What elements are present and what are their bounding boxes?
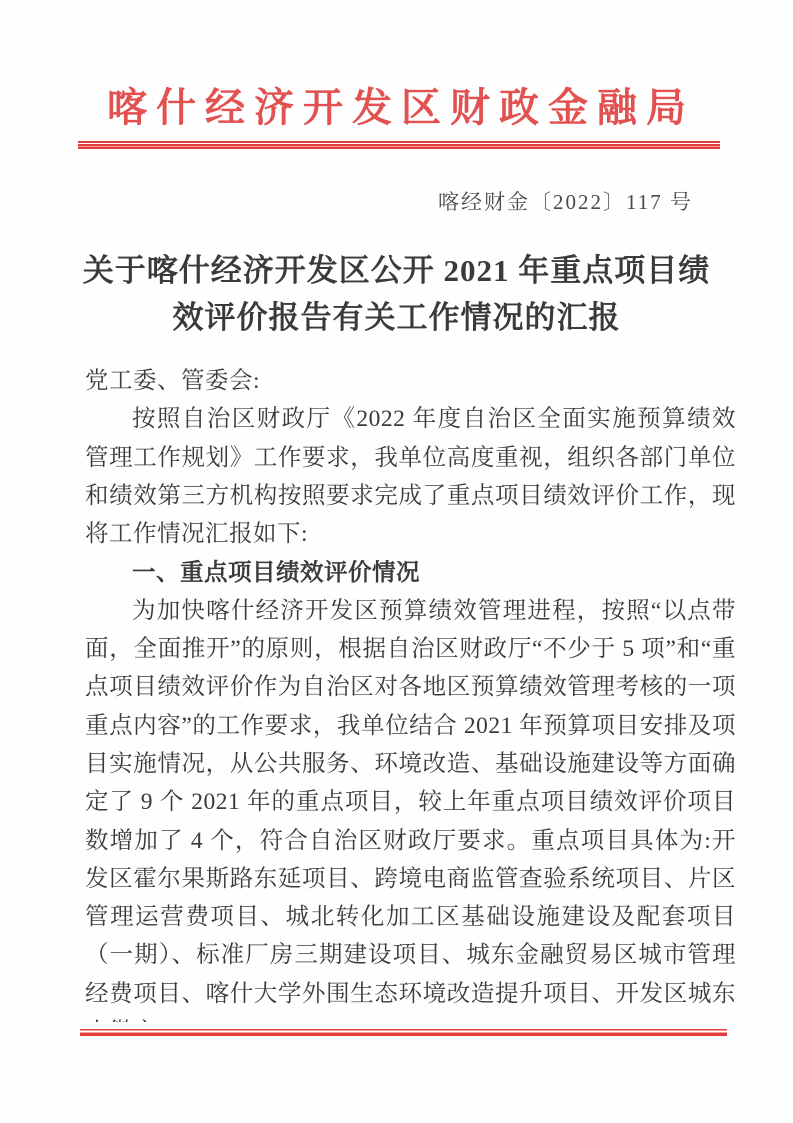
document-title: 关于喀什经济开发区公开 2021 年重点项目绩效评价报告有关工作情况的汇报: [76, 247, 717, 341]
document-number: 喀经财金〔2022〕117 号: [438, 186, 693, 216]
paragraph-2: 为加快喀什经济开发区预算绩效管理进程，按照“以点带面，全面推开”的原则，根据自治…: [85, 592, 736, 1022]
footer-red-rule: [80, 1029, 727, 1036]
paragraph-1: 按照自治区财政厅《2022 年度自治区全面实施预算绩效管理工作规划》工作要求，我…: [85, 400, 736, 553]
salutation: 党工委、管委会:: [85, 362, 736, 400]
section-heading: 一、重点项目绩效评价情况: [85, 553, 736, 591]
document-body: 党工委、管委会: 按照自治区财政厅《2022 年度自治区全面实施预算绩效管理工作…: [85, 362, 736, 1022]
agency-header: 喀什经济开发区财政金融局: [0, 76, 793, 133]
document-page: 喀什经济开发区财政金融局 喀经财金〔2022〕117 号 关于喀什经济开发区公开…: [0, 0, 793, 1123]
header-red-rule: [78, 141, 720, 149]
